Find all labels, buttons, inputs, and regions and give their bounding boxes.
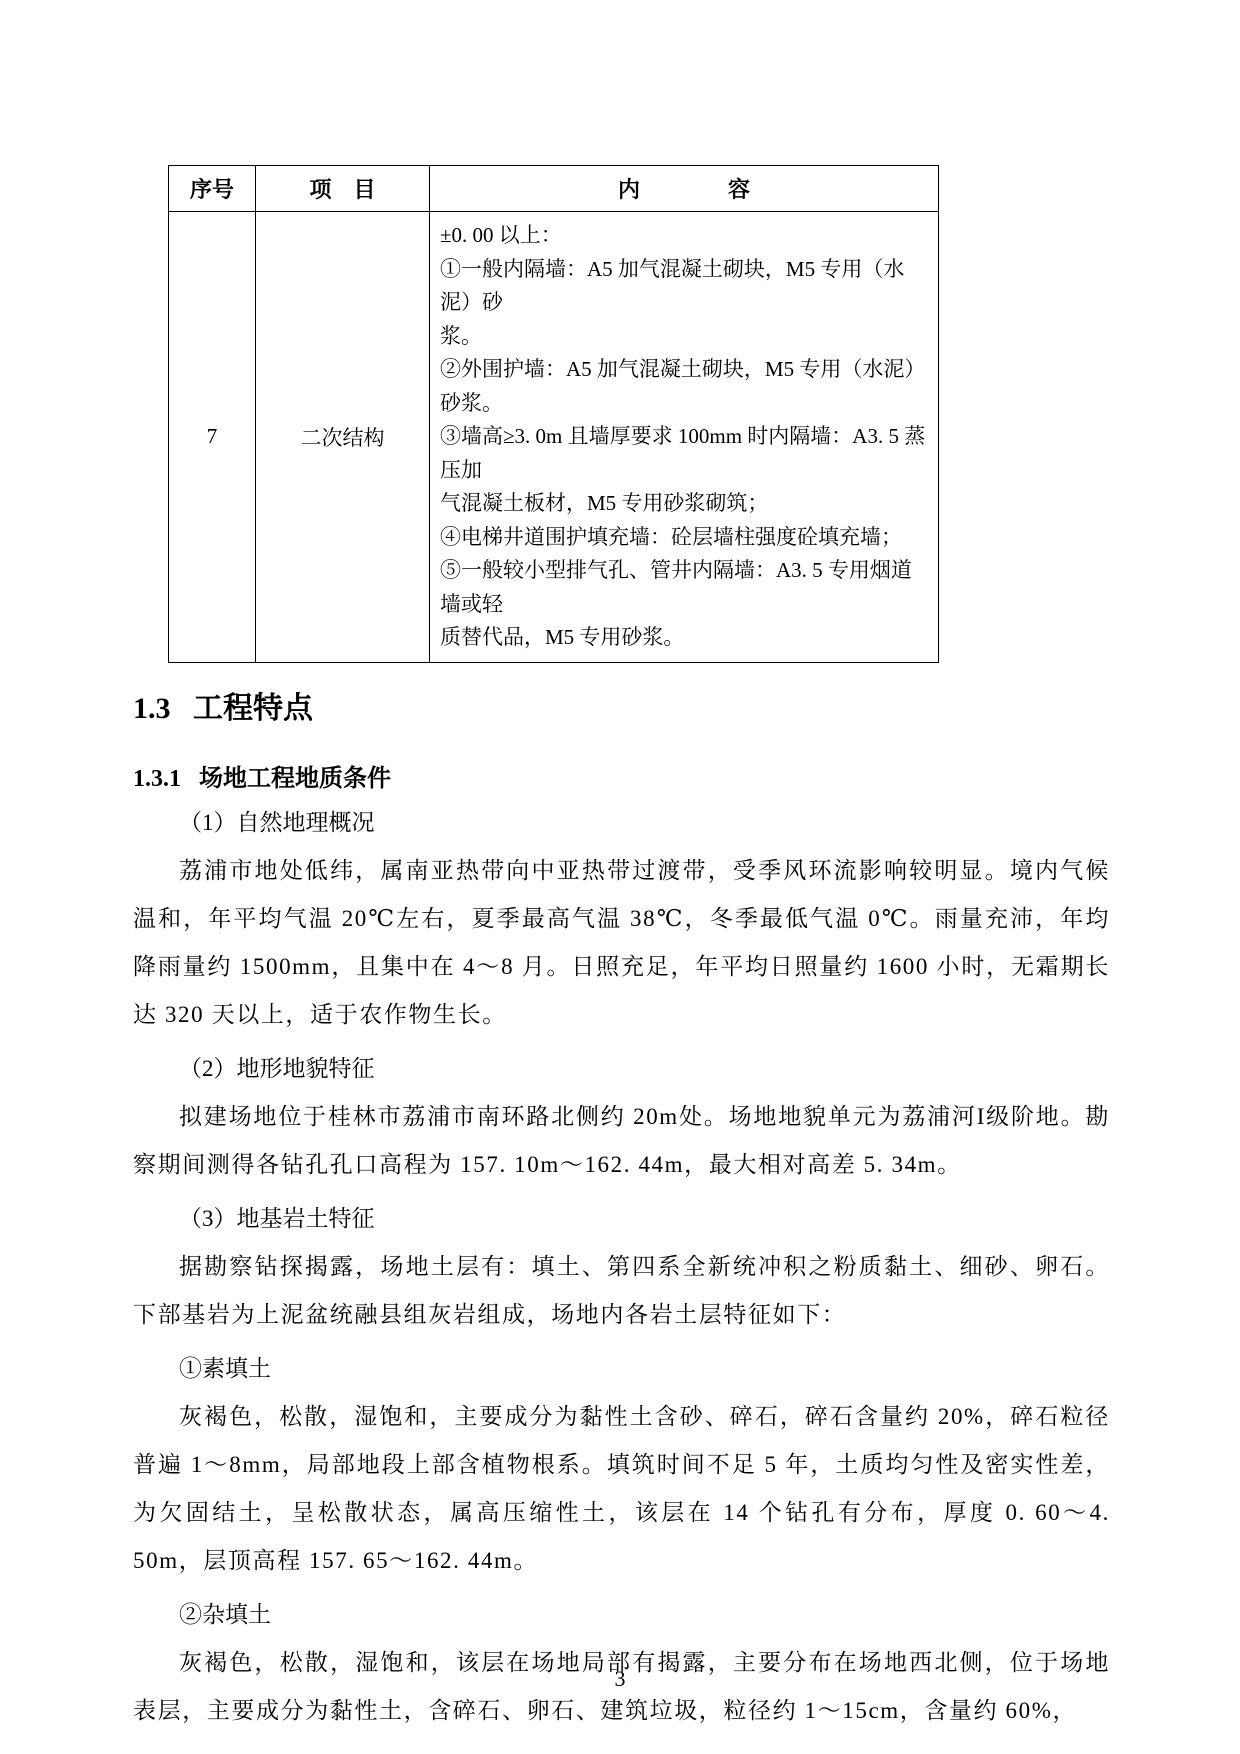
table-cell-item: 二次结构 <box>256 212 430 663</box>
subsection-title-2: （2）地形地貌特征 <box>133 1045 1110 1093</box>
content-line: 气混凝土板材，M5 专用砂浆砌筑； <box>440 487 930 521</box>
table-header-row: 序号 项 目 内 容 <box>169 166 939 212</box>
table-cell-no: 7 <box>169 212 256 663</box>
table-cell-content: ±0. 00 以上： ①一般内隔墙：A5 加气混凝土砌块，M5 专用（水泥）砂 … <box>430 212 939 663</box>
content-line: ①一般内隔墙：A5 加气混凝土砌块，M5 专用（水泥）砂 <box>440 253 930 320</box>
content-line: ±0. 00 以上： <box>440 219 930 253</box>
content-line: ③墙高≥3. 0m 且墙厚要求 100mm 时内隔墙：A3. 5 蒸压加 <box>440 420 930 487</box>
subsection-title-3: （3）地基岩土特征 <box>133 1195 1110 1243</box>
content-line: ②外围护墙：A5 加气混凝土砌块，M5 专用（水泥）砂浆。 <box>440 353 930 420</box>
table-header-content: 内 容 <box>430 166 939 212</box>
content-table: 序号 项 目 内 容 7 二次结构 ±0. 00 以上： ①一般内隔墙：A5 加… <box>168 165 939 663</box>
page-number: 3 <box>0 1666 1240 1692</box>
table-header-item: 项 目 <box>256 166 430 212</box>
section-heading-1-3: 1.3 工程特点 <box>133 691 1110 727</box>
content-line: 质替代品，M5 专用砂浆。 <box>440 621 930 655</box>
table-header-no: 序号 <box>169 166 256 212</box>
paragraph-climate: 荔浦市地处低纬，属南亚热带向中亚热带过渡带，受季风环流影响较明显。境内气候温和，… <box>133 847 1110 1039</box>
soil-layer-title-1: ①素填土 <box>133 1345 1110 1393</box>
document-page: 序号 项 目 内 容 7 二次结构 ±0. 00 以上： ①一般内隔墙：A5 加… <box>0 0 1240 1754</box>
paragraph-soil-layer-1: 灰褐色，松散，湿饱和，主要成分为黏性土含砂、碎石，碎石含量约 20%，碎石粒径普… <box>133 1393 1110 1585</box>
soil-layer-title-2: ②杂填土 <box>133 1591 1110 1639</box>
subsection-title-1: （1）自然地理概况 <box>133 799 1110 847</box>
content-line: ④电梯井道围护填充墙：砼层墙柱强度砼填充墙； <box>440 521 930 555</box>
paragraph-terrain: 拟建场地位于桂林市荔浦市南环路北侧约 20m处。场地地貌单元为荔浦河I级阶地。勘… <box>133 1093 1110 1189</box>
content-line: ⑤一般较小型排气孔、管井内隔墙：A3. 5 专用烟道墙或轻 <box>440 554 930 621</box>
content-line: 浆。 <box>440 320 930 354</box>
table-row: 7 二次结构 ±0. 00 以上： ①一般内隔墙：A5 加气混凝土砌块，M5 专… <box>169 212 939 663</box>
section-heading-1-3-1: 1.3.1 场地工程地质条件 <box>133 765 1110 794</box>
paragraph-geology: 据勘察钻探揭露，场地土层有：填土、第四系全新统冲积之粉质黏土、细砂、卵石。下部基… <box>133 1243 1110 1339</box>
